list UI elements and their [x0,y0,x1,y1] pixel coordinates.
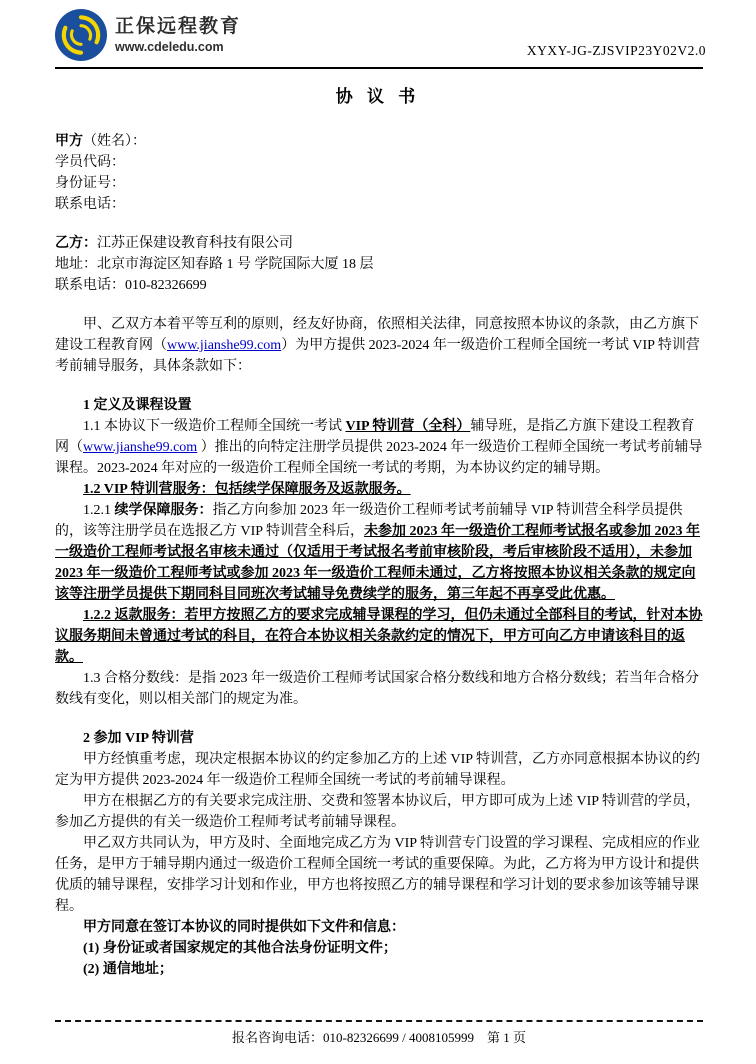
spacer [55,215,703,233]
agreement-page: 正保远程教育 www.cdeledu.com XYXY-JG-ZJSVIP23Y… [0,0,756,1064]
section2-paragraph-1: 甲方经慎重考虑，现决定根据本协议的约定参加乙方的上述 VIP 特训营，乙方亦同意… [55,749,703,791]
document-item-1: (1) 身份证或者国家规定的其他合法身份证明文件； [55,938,703,959]
clause-1-2-1-num: 1.2.1 [83,503,115,518]
agreement-body: 甲方（姓名）： 学员代码： 身份证号： 联系电话： 乙方：江苏正保建设教育科技有… [0,131,756,980]
party-a-name-rest: （姓名）： [83,134,146,149]
clause-1-2-2: 1.2.2 返款服务：若甲方按照乙方的要求完成辅导课程的学习，但仍未通过全部科目… [55,605,703,668]
page-header: 正保远程教育 www.cdeledu.com XYXY-JG-ZJSVIP23Y… [0,0,756,67]
jianshe99-link[interactable]: www.jianshe99.com [167,338,281,353]
section2-heading: 2 参加 VIP 特训营 [55,728,703,749]
document-item-2: (2) 通信地址； [55,959,703,980]
party-b-company-line: 乙方：江苏正保建设教育科技有限公司 [55,233,703,254]
clause-1-2-1-term: 续学保障服务： [115,503,213,518]
clause-1-2-2-text: 1.2.2 返款服务：若甲方按照乙方的要求完成辅导课程的学习，但仍未通过全部科目… [55,608,703,665]
party-a-label: 甲方 [55,134,83,149]
clause-1-2: 1.2 VIP 特训营服务：包括续学保障服务及返款服务。 [55,479,703,500]
brand-name: 正保远程教育 [115,15,241,39]
section1-heading: 1 定义及课程设置 [55,395,703,416]
spacer [55,377,703,395]
party-a-code-line: 学员代码： [55,152,703,173]
party-b-phone-line: 联系电话：010-82326699 [55,275,703,296]
brand-text: 正保远程教育 www.cdeledu.com [115,15,241,55]
party-b-address-line: 地址：北京市海淀区知春路 1 号 学院国际大厦 18 层 [55,254,703,275]
page-title: 协 议 书 [0,82,756,107]
document-item-2-text: 通信地址； [103,962,173,977]
clause-1-2-text: 1.2 VIP 特训营服务：包括续学保障服务及返款服务。 [83,482,411,497]
party-b-company: 江苏正保建设教育科技有限公司 [97,236,293,251]
brand-url: www.cdeledu.com [115,39,241,55]
party-a-name-line: 甲方（姓名）： [55,131,703,152]
brand-block: 正保远程教育 www.cdeledu.com [55,9,241,61]
page-footer: 报名咨询电话：010-82326699 / 4008105999 第 1 页 [55,1020,703,1046]
document-item-1-text: 身份证或者国家规定的其他合法身份证明文件； [103,941,397,956]
header-rule [55,67,703,69]
clause-1-1-vip-term: VIP 特训营（全科） [346,419,471,434]
clause-1-2-1: 1.2.1 续学保障服务：指乙方向参加 2023 年一级造价工程师考试考前辅导 … [55,500,703,605]
spacer [55,710,703,728]
zhengbao-swirl-logo-icon [55,9,107,61]
spacer [55,296,703,314]
section2-documents-lead: 甲方同意在签订本协议的同时提供如下文件和信息： [55,917,703,938]
clause-1-3: 1.3 合格分数线：是指 2023 年一级造价工程师考试国家合格分数线和地方合格… [55,668,703,710]
section2-paragraph-3: 甲乙双方共同认为，甲方及时、全面地完成乙方为 VIP 特训营专门设置的学习课程、… [55,833,703,917]
footer-dashed-rule [55,1020,703,1022]
party-a-id-line: 身份证号： [55,173,703,194]
footer-contact-page-info: 报名咨询电话：010-82326699 / 4008105999 第 1 页 [55,1027,703,1046]
intro-paragraph: 甲、乙双方本着平等互利的原则，经友好协商，依照相关法律，同意按照本协议的条款，由… [55,314,703,377]
clause-1-1-r1: 1.1 本协议下一级造价工程师全国统一考试 [83,419,346,434]
document-item-2-num: (2) [83,962,99,977]
party-b-label: 乙方： [55,236,97,251]
doc-code: XYXY-JG-ZJSVIP23Y02V2.0 [527,43,706,61]
clause-1-1: 1.1 本协议下一级造价工程师全国统一考试 VIP 特训营（全科）辅导班，是指乙… [55,416,703,479]
jianshe99-link[interactable]: www.jianshe99.com [83,440,197,455]
party-a-phone-line: 联系电话： [55,194,703,215]
section2-paragraph-2: 甲方在根据乙方的有关要求完成注册、交费和签署本协议后，甲方即可成为上述 VIP … [55,791,703,833]
document-item-1-num: (1) [83,941,99,956]
